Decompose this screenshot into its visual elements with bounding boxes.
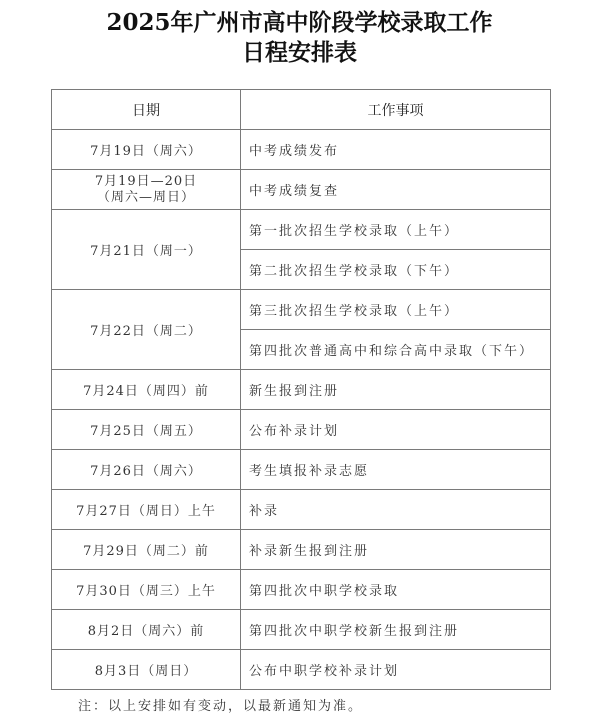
date-cell: 7月30日（周三）上午 bbox=[52, 570, 241, 610]
table-row: 7月25日（周五） 公布补录计划 bbox=[52, 410, 551, 450]
table-row: 7月19日—20日 （周六—周日） 中考成绩复查 bbox=[52, 170, 551, 210]
date-cell: 8月3日（周日） bbox=[52, 650, 241, 690]
table-row: 8月2日（周六）前 第四批次中职学校新生报到注册 bbox=[52, 610, 551, 650]
date-cell: 7月24日（周四）前 bbox=[52, 370, 241, 410]
table-row: 7月26日（周六） 考生填报补录志愿 bbox=[52, 450, 551, 490]
footnote: 注：以上安排如有变动，以最新通知为准。 bbox=[78, 695, 363, 714]
task-cell: 中考成绩发布 bbox=[241, 130, 551, 170]
date-cell: 7月21日（周一） bbox=[52, 210, 241, 290]
task-cell: 第四批次普通高中和综合高中录取（下午） bbox=[241, 330, 551, 370]
task-cell: 补录新生报到注册 bbox=[241, 530, 551, 570]
date-cell: 7月29日（周二）前 bbox=[52, 530, 241, 570]
task-cell: 新生报到注册 bbox=[241, 370, 551, 410]
header-task: 工作事项 bbox=[241, 90, 551, 130]
table-row: 7月27日（周日）上午 补录 bbox=[52, 490, 551, 530]
task-cell: 公布中职学校补录计划 bbox=[241, 650, 551, 690]
table-row: 7月22日（周二） 第三批次招生学校录取（上午） bbox=[52, 290, 551, 330]
task-cell: 中考成绩复查 bbox=[241, 170, 551, 210]
date-cell: 7月19日—20日 （周六—周日） bbox=[52, 170, 241, 210]
document-title-line1: 2025年广州市高中阶段学校录取工作 bbox=[0, 4, 599, 37]
date-line: （周六—周日） bbox=[52, 190, 240, 206]
date-line: 7月19日—20日 bbox=[52, 174, 240, 190]
date-cell: 7月19日（周六） bbox=[52, 130, 241, 170]
table-row: 7月24日（周四）前 新生报到注册 bbox=[52, 370, 551, 410]
table-row: 7月21日（周一） 第一批次招生学校录取（上午） bbox=[52, 210, 551, 250]
date-cell: 7月26日（周六） bbox=[52, 450, 241, 490]
task-cell: 补录 bbox=[241, 490, 551, 530]
table-header-row: 日期 工作事项 bbox=[52, 90, 551, 130]
date-cell: 7月22日（周二） bbox=[52, 290, 241, 370]
table-row: 7月30日（周三）上午 第四批次中职学校录取 bbox=[52, 570, 551, 610]
table-row: 8月3日（周日） 公布中职学校补录计划 bbox=[52, 650, 551, 690]
date-cell: 7月25日（周五） bbox=[52, 410, 241, 450]
task-cell: 第四批次中职学校新生报到注册 bbox=[241, 610, 551, 650]
task-cell: 公布补录计划 bbox=[241, 410, 551, 450]
header-date: 日期 bbox=[52, 90, 241, 130]
table-row: 7月19日（周六） 中考成绩发布 bbox=[52, 130, 551, 170]
task-cell: 第一批次招生学校录取（上午） bbox=[241, 210, 551, 250]
task-cell: 第四批次中职学校录取 bbox=[241, 570, 551, 610]
task-cell: 第二批次招生学校录取（下午） bbox=[241, 250, 551, 290]
document-title-line2: 日程安排表 bbox=[0, 34, 599, 67]
schedule-table: 日期 工作事项 7月19日（周六） 中考成绩发布 7月19日—20日 （周六—周… bbox=[51, 89, 551, 690]
date-cell: 7月27日（周日）上午 bbox=[52, 490, 241, 530]
task-cell: 第三批次招生学校录取（上午） bbox=[241, 290, 551, 330]
task-cell: 考生填报补录志愿 bbox=[241, 450, 551, 490]
date-cell: 8月2日（周六）前 bbox=[52, 610, 241, 650]
table-row: 7月29日（周二）前 补录新生报到注册 bbox=[52, 530, 551, 570]
